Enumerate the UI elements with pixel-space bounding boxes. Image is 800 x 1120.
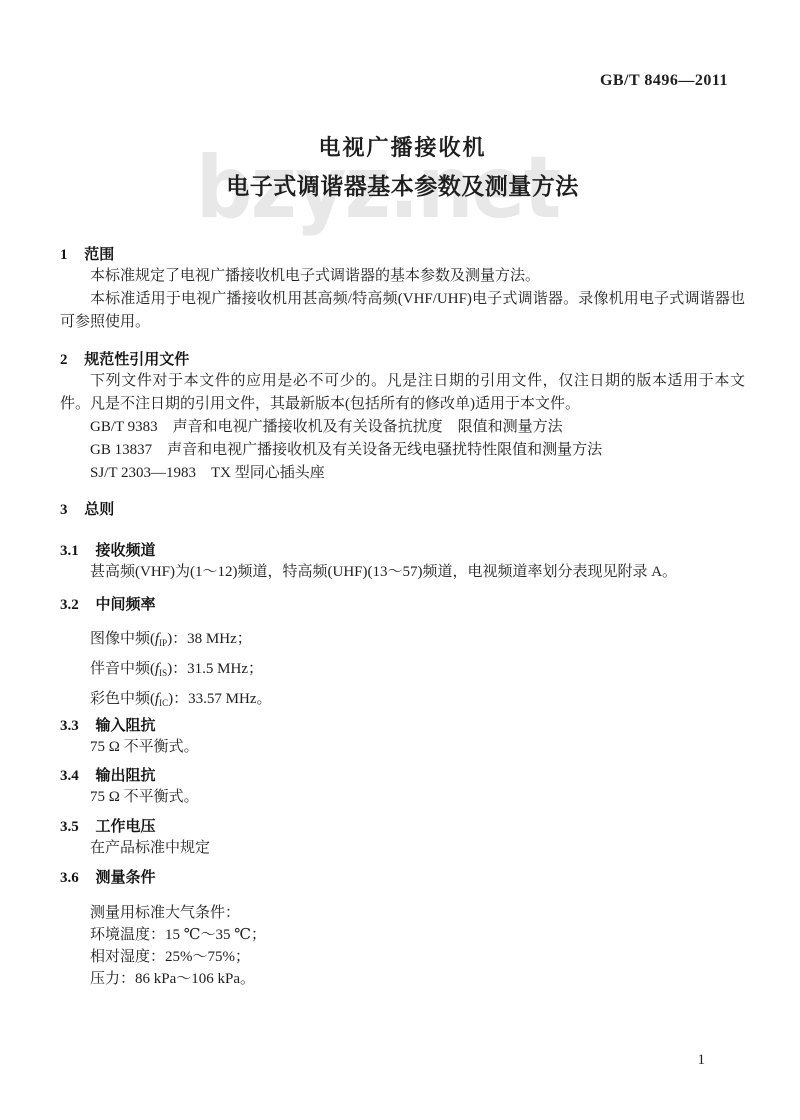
clause-3-4-heading: 3.4 输出阻抗 bbox=[60, 766, 745, 786]
clause-title: 中间频率 bbox=[96, 597, 156, 613]
reference-item: SJ/T 2303—1983 TX 型同心插头座 bbox=[60, 462, 745, 485]
reference-item: GB 13837 声音和电视广播接收机及有关设备无线电骚扰特性限值和测量方法 bbox=[60, 439, 745, 462]
clause-number: 3.3 bbox=[60, 718, 79, 734]
clause-3-1-heading: 3.1 接收频道 bbox=[60, 541, 745, 561]
intermediate-frequency-list: 图像中频(fIP)：38 MHz； 伴音中频(fIS)：31.5 MHz； 彩色… bbox=[60, 626, 745, 716]
measurement-condition-line: 相对湿度：25%～75%； bbox=[60, 946, 745, 968]
measurement-condition-line: 测量用标准大气条件： bbox=[60, 902, 745, 924]
clause-3-2-heading: 3.2 中间频率 bbox=[60, 595, 745, 615]
if-item-sound: 伴音中频(fIS)：31.5 MHz； bbox=[60, 656, 745, 686]
clause-title: 接收频道 bbox=[96, 543, 156, 559]
clause-2-paragraph-1: 下列文件对于本文件的应用是必不可少的。凡是注日期的引用文件，仅注日期的版本适用于… bbox=[60, 370, 745, 416]
measurement-condition-line: 压力：86 kPa～106 kPa。 bbox=[60, 968, 745, 990]
clause-2-heading: 2 规范性引用文件 bbox=[60, 350, 745, 370]
clause-title: 规范性引用文件 bbox=[84, 352, 189, 368]
document-content: 电视广播接收机 电子式调谐器基本参数及测量方法 1 范围 本标准规定了电视广播接… bbox=[0, 0, 800, 990]
measurement-condition-line: 环境温度：15 ℃～35 ℃； bbox=[60, 924, 745, 946]
clause-number: 2 bbox=[60, 352, 68, 368]
document-title: 电视广播接收机 电子式调谐器基本参数及测量方法 bbox=[60, 0, 745, 200]
measurement-conditions-list: 测量用标准大气条件： 环境温度：15 ℃～35 ℃； 相对湿度：25%～75%；… bbox=[60, 902, 745, 990]
clause-3-3-paragraph-1: 75 Ω 不平衡式。 bbox=[60, 736, 745, 759]
clause-1-paragraph-1: 本标准规定了电视广播接收机电子式调谐器的基本参数及测量方法。 bbox=[60, 265, 745, 288]
if-item-text: 伴音中频( bbox=[90, 661, 155, 677]
if-item-text: 图像中频( bbox=[90, 631, 155, 647]
clause-number: 3.1 bbox=[60, 543, 79, 559]
document-title-line2: 电子式调谐器基本参数及测量方法 bbox=[60, 174, 745, 200]
clause-number: 3.5 bbox=[60, 819, 79, 835]
frequency-subscript: IP bbox=[159, 638, 167, 648]
if-item-chroma: 彩色中频(fIC)：33.57 MHz。 bbox=[60, 686, 745, 716]
frequency-subscript: IS bbox=[159, 668, 167, 678]
document-title-line1: 电视广播接收机 bbox=[60, 136, 745, 160]
clause-number: 3.4 bbox=[60, 768, 79, 784]
clause-number: 3 bbox=[60, 502, 68, 518]
reference-item: GB/T 9383 声音和电视广播接收机及有关设备抗扰度 限值和测量方法 bbox=[60, 416, 745, 439]
clause-title: 范围 bbox=[84, 247, 114, 263]
clause-3-5-paragraph-1: 在产品标准中规定 bbox=[60, 837, 745, 860]
clause-number: 3.2 bbox=[60, 597, 79, 613]
clause-title: 工作电压 bbox=[96, 819, 156, 835]
clause-3-4-paragraph-1: 75 Ω 不平衡式。 bbox=[60, 786, 745, 809]
standard-number: GB/T 8496—2011 bbox=[600, 72, 728, 90]
if-item-value: )：38 MHz； bbox=[167, 631, 252, 647]
clause-3-5-heading: 3.5 工作电压 bbox=[60, 817, 745, 837]
clause-3-heading: 3 总则 bbox=[60, 500, 745, 520]
document-page: bzyz.net GB/T 8496—2011 电视广播接收机 电子式调谐器基本… bbox=[0, 0, 800, 1120]
clause-1-paragraph-2: 本标准适用于电视广播接收机用甚高频/特高频(VHF/UHF)电子式调谐器。录像机… bbox=[60, 288, 745, 334]
if-item-picture: 图像中频(fIP)：38 MHz； bbox=[60, 626, 745, 656]
if-item-value: )：31.5 MHz； bbox=[167, 661, 263, 677]
clause-3-6-heading: 3.6 测量条件 bbox=[60, 868, 745, 888]
clause-number: 1 bbox=[60, 247, 68, 263]
clause-1-heading: 1 范围 bbox=[60, 245, 745, 265]
clause-title: 输入阻抗 bbox=[96, 718, 156, 734]
clause-number: 3.6 bbox=[60, 870, 79, 886]
clause-title: 总则 bbox=[84, 502, 114, 518]
clause-title: 输出阻抗 bbox=[96, 768, 156, 784]
page-number: 1 bbox=[698, 1052, 706, 1069]
clause-3-3-heading: 3.3 输入阻抗 bbox=[60, 716, 745, 736]
clause-3-1-paragraph-1: 甚高频(VHF)为(1～12)频道，特高频(UHF)(13～57)频道，电视频道… bbox=[60, 561, 745, 584]
if-item-value: )：33.57 MHz。 bbox=[168, 691, 271, 707]
if-item-text: 彩色中频( bbox=[90, 691, 155, 707]
clause-title: 测量条件 bbox=[96, 870, 156, 886]
frequency-subscript: IC bbox=[159, 698, 168, 708]
